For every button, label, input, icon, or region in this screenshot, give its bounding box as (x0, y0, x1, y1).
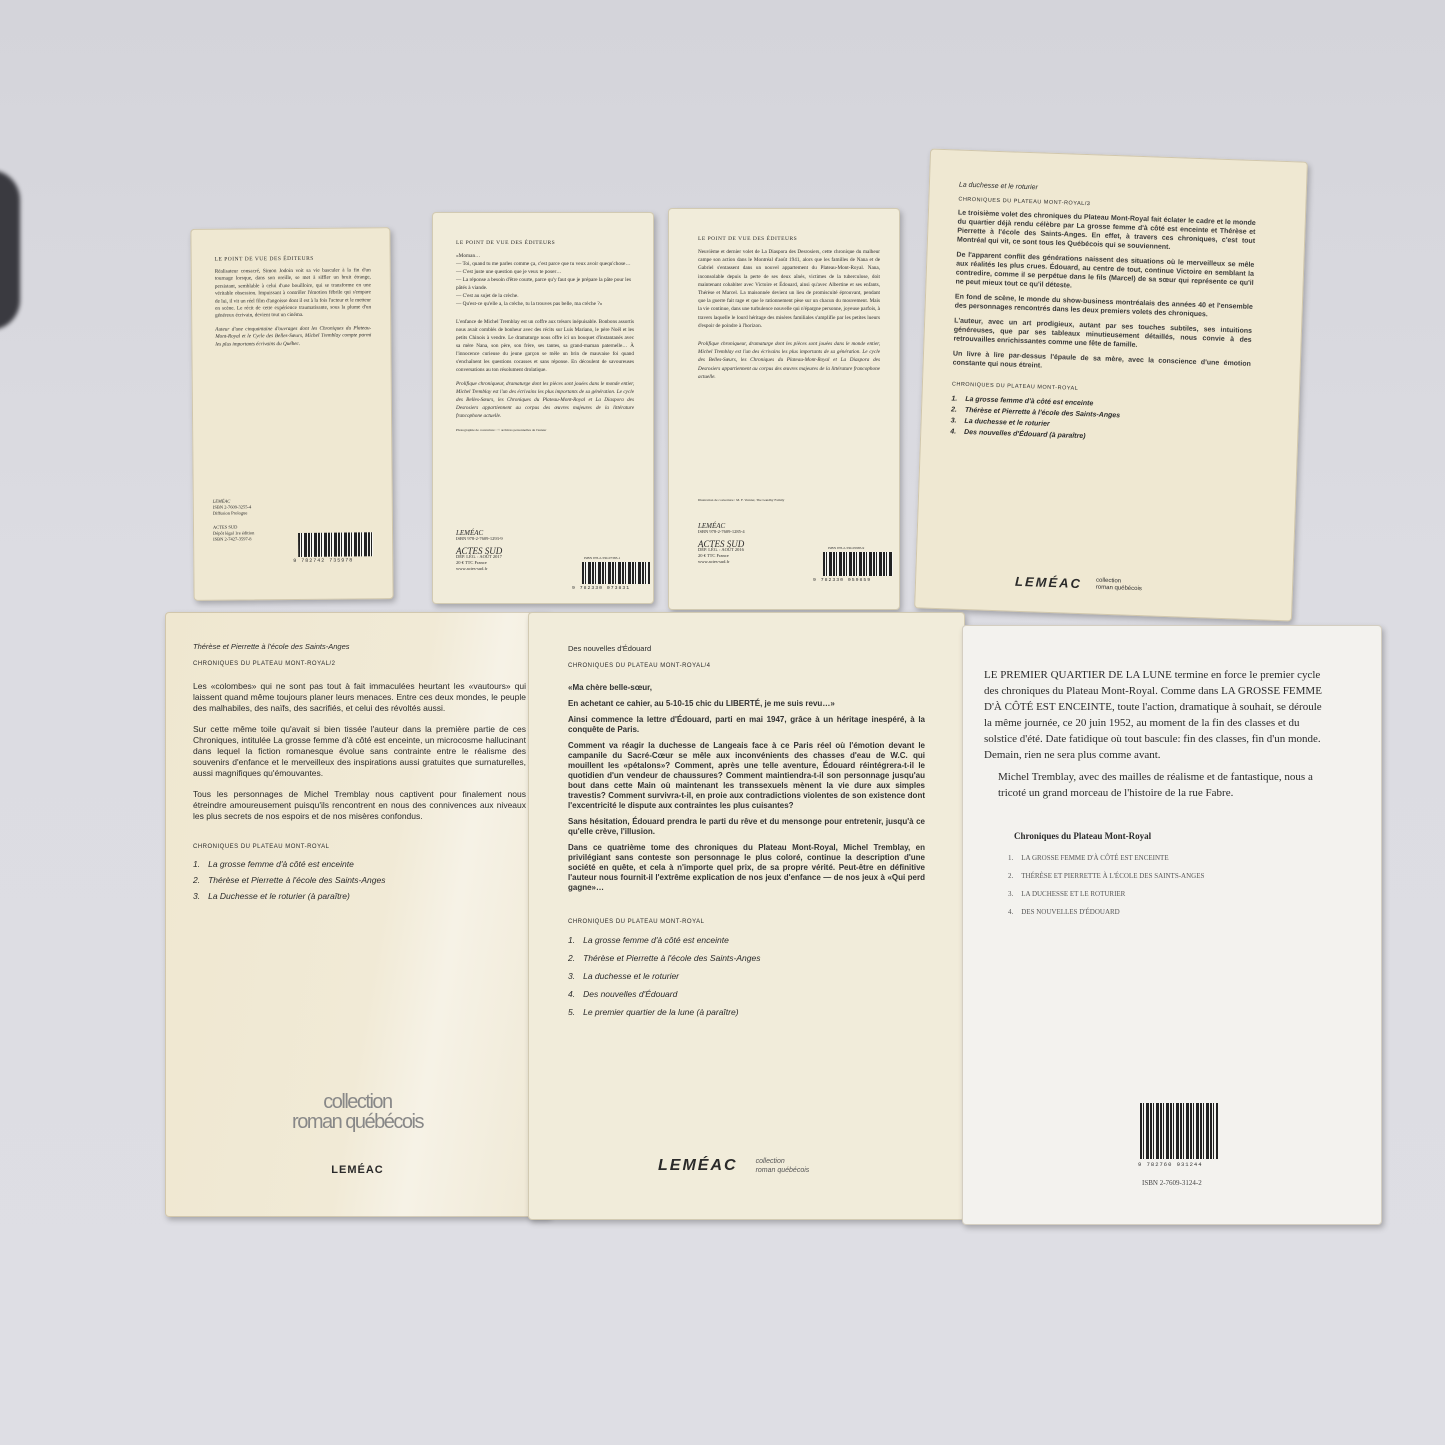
book-back-cover: LE POINT DE VUE DES ÉDITEURS Neuvième et… (668, 208, 900, 610)
summary-paragraph: Un livre à lire par-dessus l'épaule de s… (953, 349, 1251, 377)
dialogue-line: — C'est juste une question que je veux t… (456, 268, 634, 276)
series-list-item: 3.LA DUCHESSE ET LE ROTURIER (1008, 885, 1322, 903)
series-list-item: 3.La duchesse et le roturier (568, 967, 925, 985)
barcode-number: 9 782330 073831 (572, 586, 630, 591)
publisher-line: Diffusion Prologue (213, 510, 254, 516)
summary-paragraph: Sur cette même toile qu'avait si bien ti… (193, 724, 526, 779)
series-list-item: 2.Thérèse et Pierrette à l'école des Sai… (568, 949, 925, 967)
summary-paragraph: «Ma chère belle-sœur, (568, 683, 925, 693)
book-back-cover: La duchesse et le roturier CHRONIQUES DU… (914, 149, 1308, 622)
publisher-line: www.actes-sud.fr (456, 566, 503, 572)
summary-paragraph: Michel Tremblay, avec des mailles de réa… (984, 769, 1322, 801)
series-list-item: 1.LA GROSSE FEMME D'À CÔTÉ EST ENCEINTE (1008, 849, 1322, 867)
barcode (823, 552, 893, 576)
barcode-number: 9 782742 735978 (293, 557, 353, 564)
book-header: LE POINT DE VUE DES ÉDITEURS (215, 255, 371, 262)
book-back-cover: LE POINT DE VUE DES ÉDITEURS «Moman… — T… (432, 212, 654, 604)
barcode (298, 532, 373, 557)
publisher-line: ISBN 978-2-7609-1293-9 (456, 536, 503, 542)
summary-paragraph: Le troisième volet des chroniques du Pla… (957, 209, 1256, 255)
barcode (1140, 1103, 1218, 1159)
dialogue-line: — Toi, quand tu me parles comme ça, c'es… (456, 260, 634, 268)
list-header: CHRONIQUES DU PLATEAU MONT-ROYAL (193, 844, 526, 850)
series-list-item: 4.Des nouvelles d'Édouard (568, 985, 925, 1003)
collection-label: collection roman québécois (165, 1092, 550, 1132)
summary-paragraph: En fond de scène, le monde du show-busin… (955, 293, 1253, 321)
summary-paragraph: En achetant ce cahier, au 5-10-15 chic d… (568, 699, 925, 709)
summary-paragraph: Les «colombes» qui ne sont pas tout à fa… (193, 681, 526, 714)
book-back-cover: Des nouvelles d'Édouard CHRONIQUES DU PL… (528, 612, 965, 1220)
author-bio: Prolifique chroniqueur, dramaturge dont … (456, 380, 634, 420)
dialogue: «Moman… — Toi, quand tu me parles comme … (456, 252, 634, 308)
lemeac-logo: LEMÉAC (165, 1164, 550, 1176)
series-list-item: 1.La grosse femme d'à côté est enceinte (193, 856, 526, 872)
summary-paragraph: Tous les personnages de Michel Tremblay … (193, 789, 526, 822)
book-back-cover: Thérèse et Pierrette à l'école des Saint… (165, 612, 550, 1217)
publisher-block: LEMÉAC ISBN 2-7609-3255-4 Diffusion Prol… (213, 498, 255, 542)
book-back-cover: LE POINT DE VUE DES ÉDITEURS Réalisateur… (190, 227, 393, 601)
collection-line: roman québécois (165, 1112, 550, 1132)
book-summary: L'enfance de Michel Tremblay est un coff… (456, 318, 634, 374)
publisher-footer: LEMÉAC collection roman québécois (1015, 574, 1142, 593)
lemeac-logo: LEMÉAC (658, 1157, 738, 1175)
collection-line: collection (165, 1092, 550, 1112)
book-title: La duchesse et le roturier (959, 182, 1257, 199)
publisher-block: LEMÉAC ISBN 978-2-7609-1285-4 ACTES SUD … (698, 523, 745, 565)
list-header: Chroniques du Plateau Mont-Royal (1014, 831, 1322, 841)
collection-line: roman québécois (1096, 584, 1142, 593)
book-header: LE POINT DE VUE DES ÉDITEURS (456, 240, 634, 246)
book-title: Des nouvelles d'Édouard (568, 644, 925, 653)
barcode-number: 9 782330 059859 (813, 578, 871, 583)
series-list: 1.LA GROSSE FEMME D'À CÔTÉ EST ENCEINTE … (984, 849, 1322, 921)
collection-label: collection roman québécois (1096, 577, 1142, 593)
publisher-block: LEMÉAC ISBN 978-2-7609-1293-9 ACTES SUD … (456, 530, 503, 572)
book-summary: Réalisateur consacré, Simon Jodoin voit … (215, 267, 371, 320)
series-line: CHRONIQUES DU PLATEAU MONT-ROYAL/2 (193, 661, 526, 667)
series-list-item: 2.THÉRÈSE ET PIERRETTE À L'ÉCOLE DES SAI… (1008, 867, 1322, 885)
summary-paragraph: L'auteur, avec un art prodigieux, autant… (953, 316, 1252, 353)
collection-line: roman québécois (756, 1166, 810, 1175)
photo-credit: Illustration de couverture : M. F. Verni… (698, 498, 784, 502)
publisher-line: ISBN 978-2-7609-1285-4 (698, 529, 745, 535)
series-list-item: 1.La grosse femme d'à côté est enceinte (568, 931, 925, 949)
series-list: 1.La grosse femme d'à côté est enceinte … (568, 931, 925, 1021)
isbn-label: ISBN 978-2-330-05985-9 (828, 546, 864, 550)
dark-object-edge (0, 170, 20, 330)
series-list: 1.La grosse femme d'à côté est enceinte … (193, 856, 526, 904)
summary-paragraph: LE PREMIER QUARTIER DE LA LUNE termine e… (984, 667, 1322, 763)
barcode-number: 9 782760 931244 (1138, 1161, 1203, 1168)
isbn-label: ISBN 2-7609-3124-2 (1142, 1179, 1202, 1187)
summary-paragraph: Ainsi commence la lettre d'Édouard, part… (568, 715, 925, 735)
book-summary: Neuvième et dernier volet de La Diaspora… (698, 248, 880, 330)
collection-line: collection (756, 1157, 810, 1166)
summary-paragraph: Dans ce quatrième tome des chroniques du… (568, 843, 925, 893)
book-title: Thérèse et Pierrette à l'école des Saint… (193, 642, 526, 651)
book-header: LE POINT DE VUE DES ÉDITEURS (698, 236, 880, 242)
series-list-item: 4.DES NOUVELLES D'ÉDOUARD (1008, 903, 1322, 921)
publisher-line: www.actes-sud.fr (698, 559, 745, 565)
series-list-item: 2.Thérèse et Pierrette à l'école des Sai… (193, 872, 526, 888)
series-line: CHRONIQUES DU PLATEAU MONT-ROYAL/4 (568, 663, 925, 669)
book-back-cover: LE PREMIER QUARTIER DE LA LUNE termine e… (962, 625, 1382, 1225)
isbn-label: ISBN 978-2-330-07383-1 (584, 556, 620, 560)
collection-label: collection roman québécois (756, 1157, 810, 1175)
publisher-footer: LEMÉAC collection roman québécois (658, 1157, 809, 1175)
dialogue-line: — Qu'est-ce qu'elle a, la crèche, tu la … (456, 300, 634, 308)
series-list-item: 5.Le premier quartier de la lune (à para… (568, 1003, 925, 1021)
author-bio: Prolifique chroniqueur, dramaturge dont … (698, 340, 880, 381)
dialogue-line: «Moman… (456, 252, 634, 260)
photo-credit: Photographie de couverture : © archives … (456, 428, 634, 432)
lemeac-logo: LEMÉAC (1015, 574, 1082, 591)
author-bio: Auteur d'une cinquantaine d'ouvrages don… (215, 325, 371, 349)
dialogue-line: — C'est au sujet de la crèche. (456, 292, 634, 300)
list-header: CHRONIQUES DU PLATEAU MONT-ROYAL (568, 919, 925, 925)
summary-paragraph: De l'apparent conflit des générations na… (955, 251, 1254, 297)
publisher-line: ISBN 2-7427-3597-8 (213, 536, 254, 542)
series-list: 1.La grosse femme d'à côté est enceinte … (950, 393, 1249, 447)
summary-paragraph: Sans hésitation, Édouard prendra le part… (568, 817, 925, 837)
barcode (582, 562, 650, 584)
dialogue-line: — La réponse a besoin d'être courte, par… (456, 276, 634, 292)
series-list-item: 3.La Duchesse et le roturier (à paraître… (193, 888, 526, 904)
summary-paragraph: Comment va réagir la duchesse de Langeai… (568, 741, 925, 811)
